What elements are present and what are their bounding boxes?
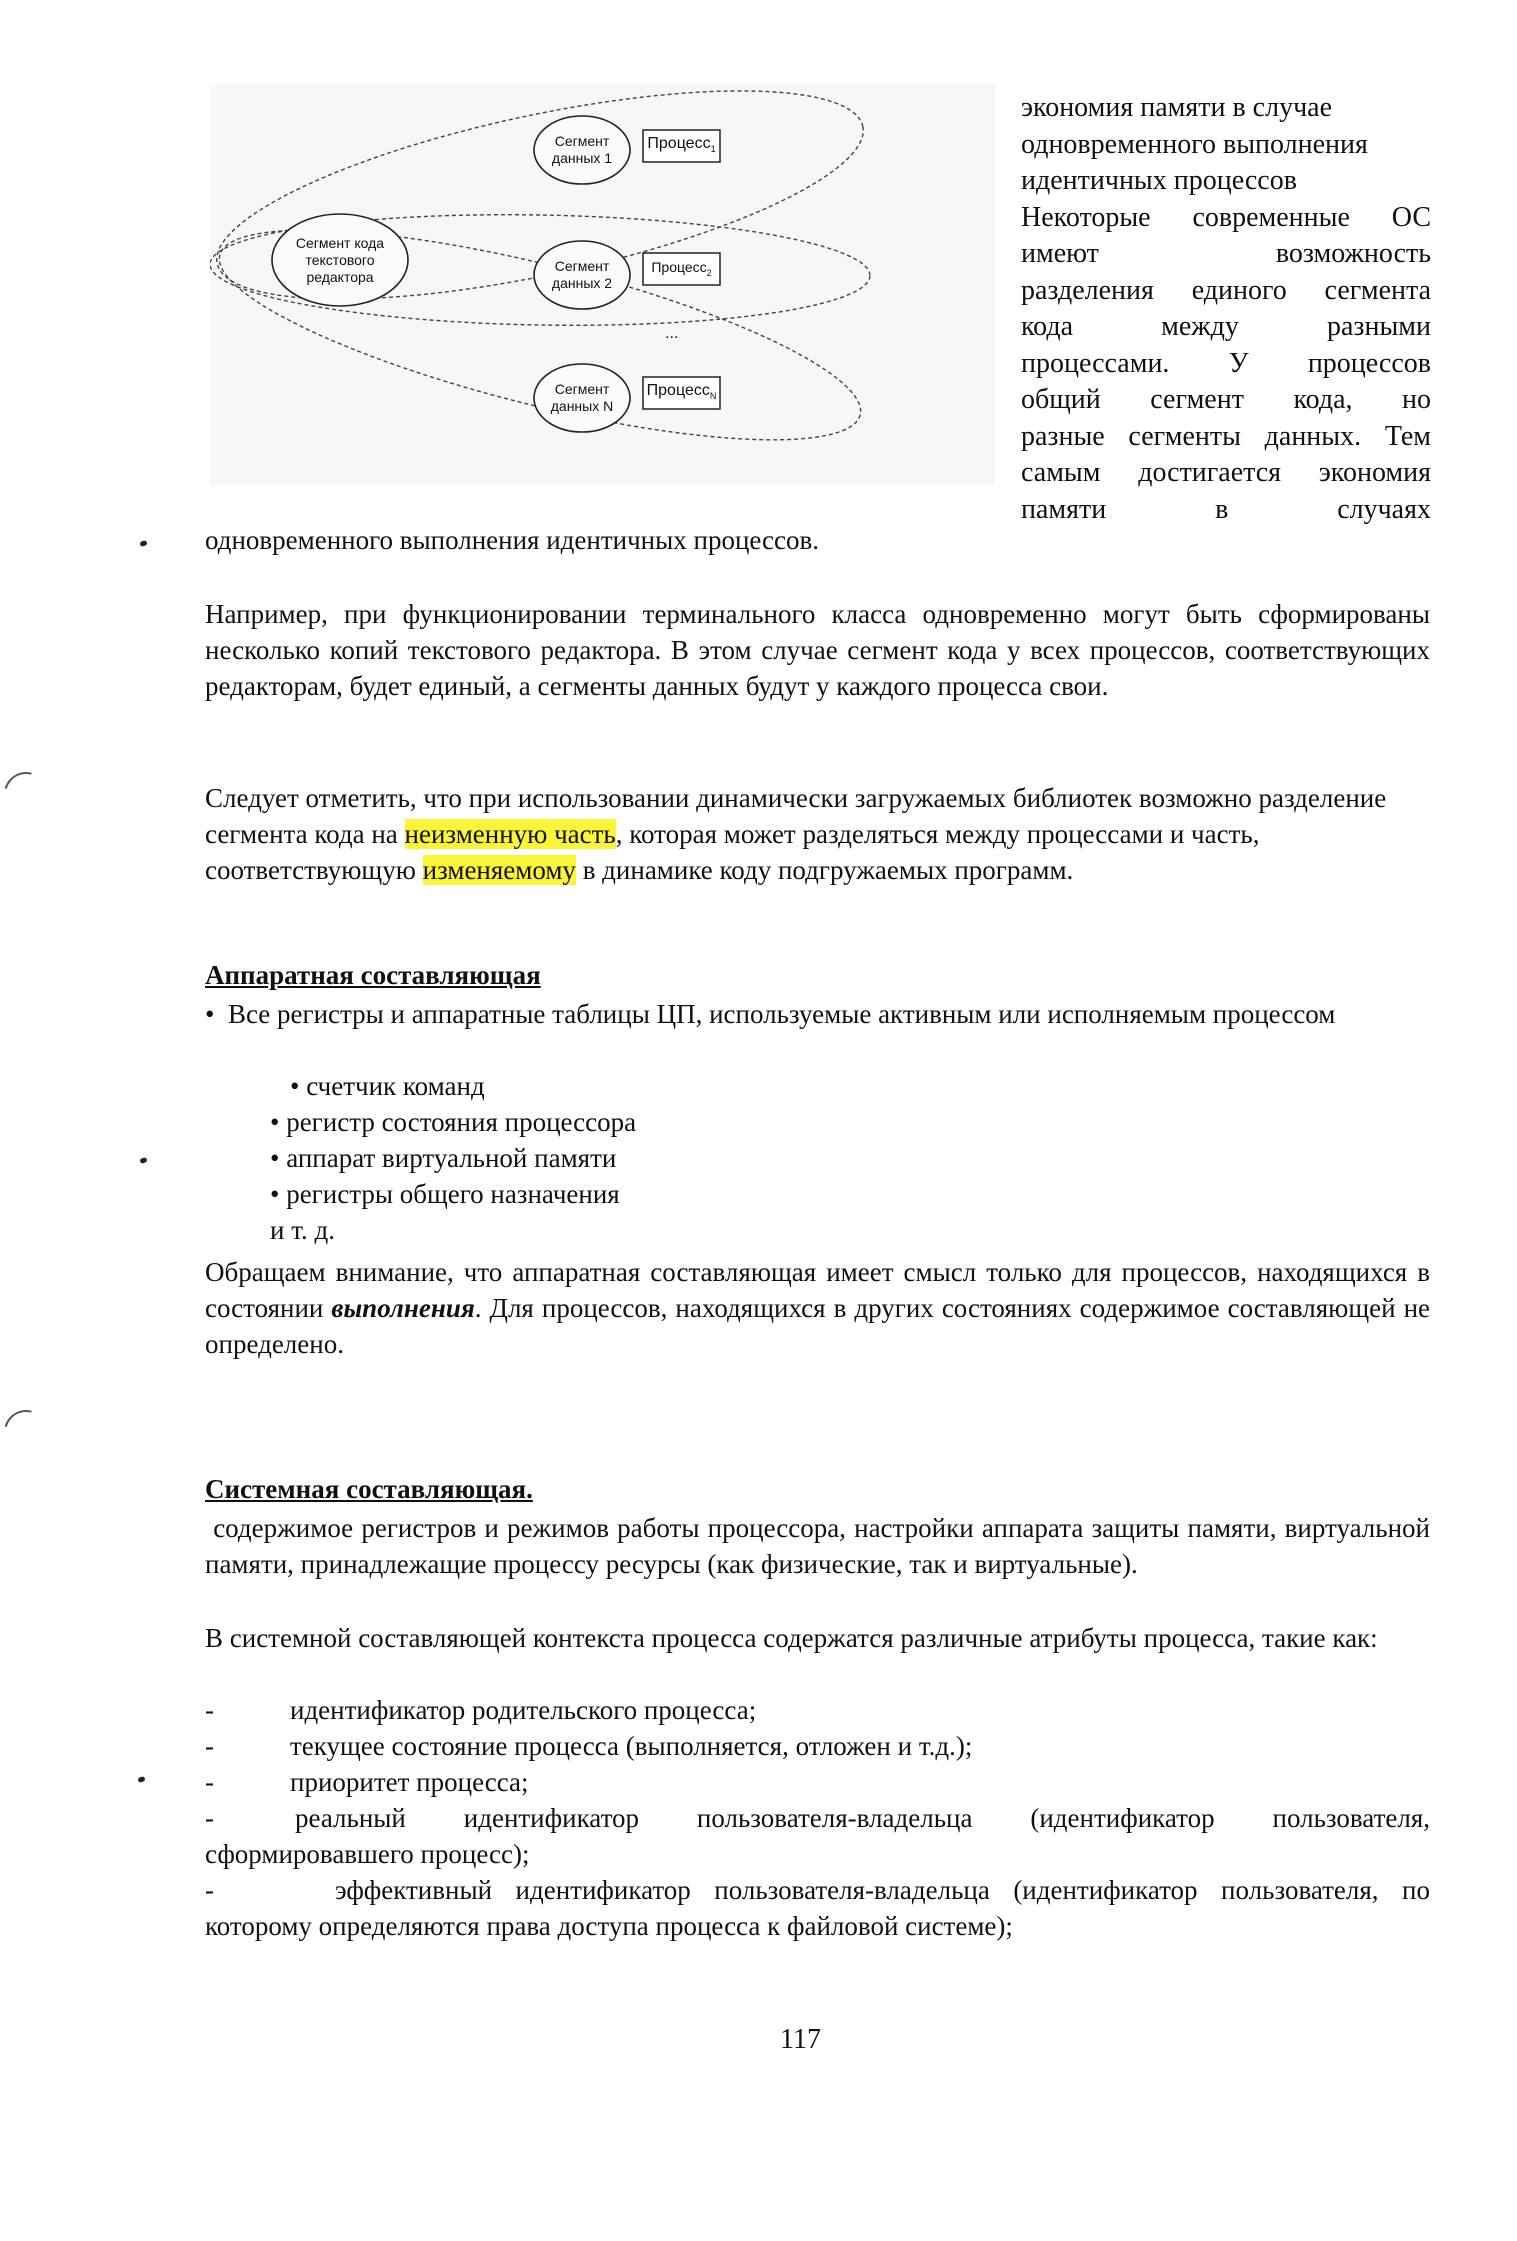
list-item: • аппарат виртуальной памяти: [270, 1140, 636, 1176]
scan-mark: [139, 1157, 147, 1164]
side-text: экономия памяти в случае одновременного …: [1021, 90, 1431, 528]
list-item: -приоритет процесса;: [205, 1764, 1430, 1800]
emphasis-execution: выполнения: [331, 1293, 474, 1323]
hardware-sub-list: • счетчик команд • регистр состояния про…: [270, 1068, 636, 1248]
list-item: -реальный идентификатор пользователя-вла…: [205, 1800, 1430, 1872]
paragraph-dynamic-libraries: Следует отметить, что при использовании …: [205, 780, 1430, 888]
list-item: -идентификатор родительского процесса;: [205, 1692, 1430, 1728]
hardware-note: Обращаем внимание, что аппаратная состав…: [205, 1254, 1430, 1362]
data-segment-2-label: Сегмент данных 2: [534, 258, 630, 292]
scan-mark: [139, 540, 147, 547]
punch-hole-arc: [0, 1402, 56, 1462]
code-segment-label: Сегмент кода текстового редактора: [272, 235, 408, 286]
page-number: 117: [780, 2024, 821, 2056]
list-item: -эффективный идентификатор пользователя-…: [205, 1872, 1430, 1944]
list-item: • счетчик команд: [270, 1068, 636, 1104]
list-item: и т. д.: [270, 1212, 636, 1248]
paragraph-example: Например, при функционировании терминаль…: [205, 596, 1430, 704]
list-item: • регистры общего назначения: [270, 1176, 636, 1212]
scan-mark: [137, 1776, 145, 1783]
data-segment-n-label: Сегмент данных N: [534, 381, 630, 415]
side-text-tail: одновременного выполнения идентичных про…: [205, 522, 819, 558]
system-attribute-list: -идентификатор родительского процесса; -…: [205, 1692, 1430, 1944]
hardware-main-item: • Все регистры и аппаратные таблицы ЦП, …: [205, 996, 1425, 1032]
highlight-changeable: изменяемому: [423, 855, 576, 885]
process-2-box: Процесс2: [643, 259, 720, 278]
heading-hardware: Аппаратная составляющая: [205, 960, 541, 991]
process-1-box: Процесс1: [643, 135, 720, 154]
list-item: • регистр состояния процессора: [270, 1104, 636, 1140]
process-n-box: ПроцессN: [643, 382, 720, 401]
list-item: -текущее состояние процесса (выполняется…: [205, 1728, 1430, 1764]
punch-hole-arc: [0, 764, 56, 824]
segment-diagram: Сегмент кода текстового редактора Сегмен…: [210, 85, 995, 485]
data-segment-1-label: Сегмент данных 1: [534, 133, 630, 167]
diagram-ellipsis: ...: [665, 325, 678, 343]
heading-system: Системная составляющая.: [205, 1474, 533, 1505]
system-intro: содержимое регистров и режимов работы пр…: [205, 1510, 1430, 1582]
highlight-unchanged-part: неизменную часть: [405, 819, 616, 849]
system-lead: В системной составляющей контекста проце…: [205, 1620, 1430, 1656]
